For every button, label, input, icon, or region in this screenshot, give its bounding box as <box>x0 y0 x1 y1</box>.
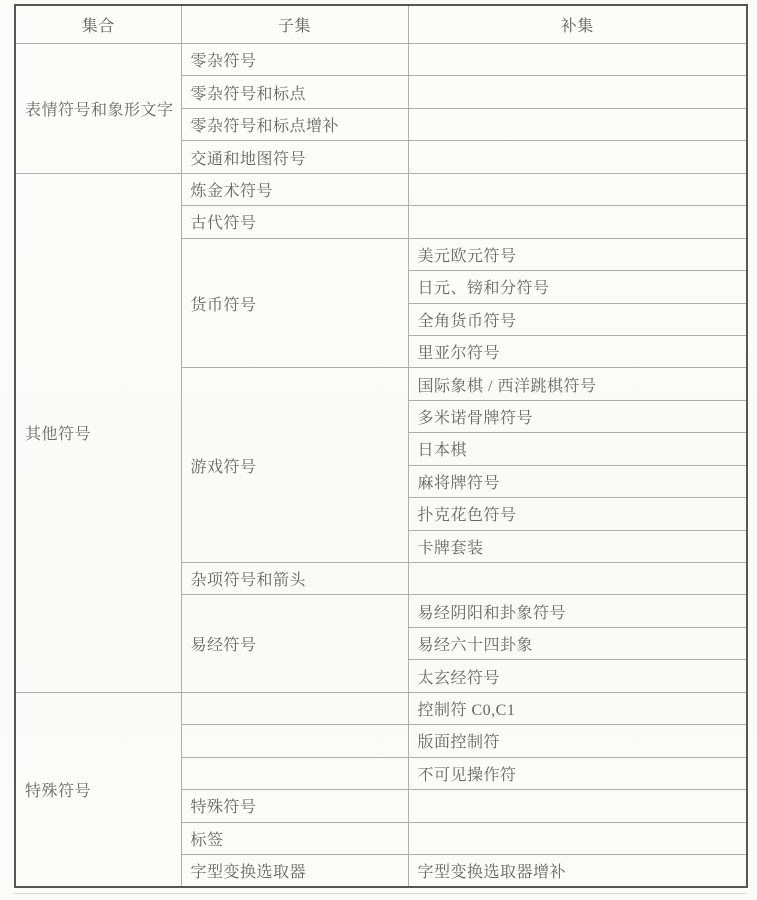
complement-cell: 太玄经符号 <box>408 660 747 692</box>
complement-cell <box>408 206 747 238</box>
subset-cell: 交通和地图符号 <box>181 141 408 173</box>
subset-cell: 标签 <box>181 822 408 854</box>
subset-cell: 炼金术符号 <box>181 173 408 205</box>
unicode-symbol-sets-table: 集合 子集 补集 表情符号和象形文字 零杂符号 零杂符号和标点 零杂符号和标点增… <box>14 4 748 888</box>
scanned-document-page: 集合 子集 补集 表情符号和象形文字 零杂符号 零杂符号和标点 零杂符号和标点增… <box>0 0 757 900</box>
complement-cell: 全角货币符号 <box>408 303 747 335</box>
complement-cell <box>408 108 747 140</box>
complement-cell: 多米诺骨牌符号 <box>408 400 747 432</box>
header-cell-subset: 子集 <box>181 5 408 44</box>
table-row: 特殊符号 控制符 C0,C1 <box>15 692 747 724</box>
complement-cell: 国际象棋 / 西洋跳棋符号 <box>408 368 747 400</box>
complement-cell <box>408 173 747 205</box>
complement-cell: 扑克花色符号 <box>408 498 747 530</box>
complement-cell <box>408 563 747 595</box>
subset-cell <box>181 757 408 789</box>
subset-cell <box>181 725 408 757</box>
table-row: 表情符号和象形文字 零杂符号 <box>15 44 747 76</box>
subset-cell: 易经符号 <box>181 595 408 692</box>
subset-cell: 零杂符号 <box>181 44 408 76</box>
complement-cell: 不可见操作符 <box>408 757 747 789</box>
complement-cell <box>408 44 747 76</box>
complement-cell: 卡牌套装 <box>408 530 747 562</box>
complement-cell: 控制符 C0,C1 <box>408 692 747 724</box>
subset-cell <box>181 692 408 724</box>
table-header-row: 集合 子集 补集 <box>15 5 747 44</box>
header-cell-complement: 补集 <box>408 5 747 44</box>
subset-cell: 货币符号 <box>181 238 408 368</box>
complement-cell <box>408 76 747 108</box>
subset-cell: 零杂符号和标点 <box>181 76 408 108</box>
subset-cell: 杂项符号和箭头 <box>181 563 408 595</box>
header-cell-set: 集合 <box>15 5 181 44</box>
subset-cell: 游戏符号 <box>181 368 408 563</box>
complement-cell <box>408 822 747 854</box>
set-group-cell: 其他符号 <box>15 173 181 692</box>
complement-cell <box>408 790 747 822</box>
table-row: 其他符号 炼金术符号 <box>15 173 747 205</box>
complement-cell: 日本棋 <box>408 433 747 465</box>
set-group-cell: 表情符号和象形文字 <box>15 44 181 174</box>
complement-cell: 日元、镑和分符号 <box>408 271 747 303</box>
complement-cell: 里亚尔符号 <box>408 335 747 367</box>
subset-cell: 特殊符号 <box>181 790 408 822</box>
complement-cell: 易经阴阳和卦象符号 <box>408 595 747 627</box>
set-group-cell: 特殊符号 <box>15 692 181 887</box>
subset-cell: 零杂符号和标点增补 <box>181 108 408 140</box>
page-edge-line <box>14 893 746 894</box>
complement-cell: 美元欧元符号 <box>408 238 747 270</box>
complement-cell: 易经六十四卦象 <box>408 627 747 659</box>
complement-cell: 字型变换选取器增补 <box>408 854 747 887</box>
complement-cell <box>408 141 747 173</box>
subset-cell: 古代符号 <box>181 206 408 238</box>
complement-cell: 版面控制符 <box>408 725 747 757</box>
subset-cell: 字型变换选取器 <box>181 854 408 887</box>
complement-cell: 麻将牌符号 <box>408 465 747 497</box>
